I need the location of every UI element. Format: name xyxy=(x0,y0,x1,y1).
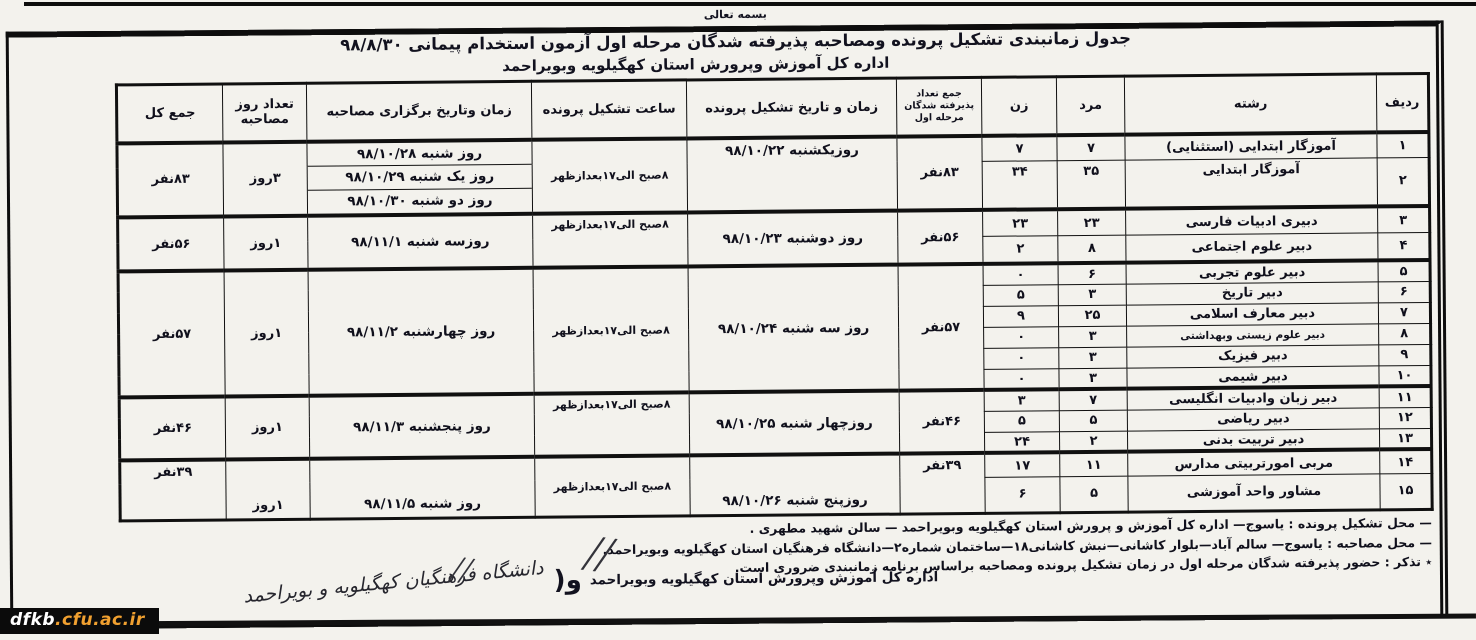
signature-stroke-icon: ╱╱ xyxy=(448,557,470,584)
cell-reshteh: مربی امورتربیتی مدارس xyxy=(1128,450,1380,476)
cell-reshteh: دبیر زبان وادبیات انگلیسی xyxy=(1127,387,1379,410)
cell-reshteh: دبیر ریاضی xyxy=(1127,408,1379,431)
cell-mard: ۲۵ xyxy=(1058,305,1126,327)
cell-zan: ۰ xyxy=(984,347,1059,369)
cell-zan: ۳۴ xyxy=(982,160,1057,210)
cell-interview-days: ۱روز xyxy=(225,396,310,460)
document-content: بسمه تعالی جدول زمانبندی تشکیل پرونده وم… xyxy=(0,0,1476,640)
col-header-interview-date: زمان وتاریخ برگزاری مصاحبه xyxy=(306,81,531,141)
col-header-grand-total: جمع کل xyxy=(116,84,223,143)
cell-total: ۵۶نفر xyxy=(898,210,983,265)
cell-radif: ۳ xyxy=(1378,206,1430,232)
cell-radif: ۱۵ xyxy=(1380,473,1432,509)
cell-mard: ۳ xyxy=(1059,368,1127,390)
cell-file-hours: ۸صبح الی۱۷بعدازظهر xyxy=(533,267,689,394)
cell-zan: ۳ xyxy=(984,389,1059,411)
cell-mard: ۵ xyxy=(1060,476,1128,513)
cell-interview-days: ۱روز xyxy=(226,459,311,520)
watermark-primary: dfkb xyxy=(10,610,55,630)
cell-file-date: روزیکشنبه ۹۸/۱۰/۲۲ xyxy=(687,136,898,213)
col-header-mard: مرد xyxy=(1056,76,1125,135)
cell-interview-days: ۳روز xyxy=(223,141,308,217)
cell-mard: ۱۱ xyxy=(1060,452,1128,477)
signature-stroke-icon: ╱╱ xyxy=(582,536,610,574)
cell-reshteh: دبیر فیزیک xyxy=(1127,345,1379,368)
signature-mark: و( xyxy=(554,570,582,590)
cell-interview-dates: روز پنجشنبه ۹۸/۱۱/۳ xyxy=(309,394,535,459)
cell-radif: ۷ xyxy=(1378,302,1430,323)
cell-mard: ۸ xyxy=(1058,235,1126,264)
cell-reshteh: دبیر شیمی xyxy=(1127,366,1379,389)
cell-zan: ۲۴ xyxy=(984,431,1059,453)
cell-file-date: روزچهار شنبه ۹۸/۱۰/۲۵ xyxy=(689,391,900,456)
interview-date: روز دو شنبه ۹۸/۱۰/۳۰ xyxy=(308,188,532,214)
cell-reshteh: آموزگار ابتدایی xyxy=(1125,158,1377,209)
cell-radif: ۶ xyxy=(1378,281,1430,302)
cell-zan: ۲۳ xyxy=(983,209,1058,236)
cell-interview-dates: روزسه شنبه ۹۸/۱۱/۱ xyxy=(308,214,533,270)
scanned-document-page: بسمه تعالی جدول زمانبندی تشکیل پرونده وم… xyxy=(0,0,1476,640)
cell-file-hours: ۸صبح الی۱۷بعدازظهر xyxy=(535,456,691,517)
cell-reshteh: مشاور واحد آموزشی xyxy=(1128,474,1380,512)
cell-mard: ۵ xyxy=(1059,410,1127,432)
cell-mard: ۲ xyxy=(1059,431,1127,453)
cell-file-hours: ۸صبح الی۱۷بعدازظهر xyxy=(533,213,688,268)
cell-radif: ۱۴ xyxy=(1380,449,1432,473)
organization-name: اداره کل آموزش وپرورش استان کهگیلویه وبو… xyxy=(590,569,939,588)
cell-mard: ۳ xyxy=(1059,347,1127,369)
cell-zan: ۵ xyxy=(984,410,1059,432)
cell-interview-dates: روز شنبه ۹۸/۱۱/۵ xyxy=(310,457,536,519)
cell-total: ۳۹نفر xyxy=(900,453,986,514)
cell-total: ۸۳نفر xyxy=(897,135,983,211)
interview-date: روز شنبه ۹۸/۱۰/۲۸ xyxy=(307,141,531,167)
cell-reshteh: دبیری ادبیات فارسی xyxy=(1126,207,1378,235)
cell-grand-total: ۸۳نفر xyxy=(117,142,224,218)
cell-radif: ۲ xyxy=(1377,157,1429,207)
cell-mard: ۳ xyxy=(1059,326,1127,348)
cell-reshteh: آموزگار ابتدایی (استثنایی) xyxy=(1125,132,1377,160)
cell-mard: ۷ xyxy=(1057,134,1125,160)
cell-mard: ۲۳ xyxy=(1058,209,1126,236)
cell-reshteh: دبیر معارف اسلامی xyxy=(1126,303,1378,326)
cell-grand-total: ۵۷نفر xyxy=(118,271,225,398)
cell-zan: ۰ xyxy=(983,263,1058,285)
cell-reshteh: دبیر تاریخ xyxy=(1126,282,1378,305)
watermark-secondary: .cfu.ac.ir xyxy=(55,610,145,630)
cell-zan: ۱۷ xyxy=(985,452,1060,477)
cell-zan: ۵ xyxy=(983,284,1058,306)
cell-interview-dates: روز چهارشنبه ۹۸/۱۱/۲ xyxy=(308,268,534,396)
cell-interview-days: ۱روز xyxy=(224,270,309,397)
col-header-file-hours: ساعت تشکیل پرونده xyxy=(531,80,687,139)
cell-radif: ۵ xyxy=(1378,260,1430,281)
col-header-total-accepted: جمع تعداد پذیرفته شدگان مرحله اول xyxy=(896,77,982,136)
col-header-radif: ردیف xyxy=(1376,73,1429,131)
cell-interview-dates: روز شنبه ۹۸/۱۰/۲۸ روز یک شنبه ۹۸/۱۰/۲۹ ر… xyxy=(307,139,533,216)
cell-radif: ۱۳ xyxy=(1379,428,1431,449)
interview-schedule-table: ردیف رشته مرد زن جمع تعداد پذیرفته شدگان… xyxy=(115,72,1434,522)
cell-file-date: روز سه شنبه ۹۸/۱۰/۲۴ xyxy=(688,265,899,393)
cell-zan: ۹ xyxy=(983,305,1058,327)
cell-reshteh: دبیر علوم زیستی وبهداشتی xyxy=(1127,324,1379,347)
bismillah-text: بسمه تعالی xyxy=(0,2,1473,28)
cell-total: ۴۶نفر xyxy=(899,390,985,454)
cell-radif: ۱ xyxy=(1377,131,1429,157)
cell-zan: ۶ xyxy=(985,476,1060,513)
cell-total: ۵۷نفر xyxy=(898,264,984,391)
cell-file-date: روزپنج شنبه ۹۸/۱۰/۲۶ xyxy=(690,454,901,516)
col-header-interview-days: تعداد روز مصاحبه xyxy=(222,83,307,142)
cell-mard: ۷ xyxy=(1059,389,1127,411)
cell-grand-total: ۳۹نفر xyxy=(120,460,227,521)
cell-reshteh: دبیر علوم اجتماعی xyxy=(1126,233,1378,263)
cell-radif: ۸ xyxy=(1379,323,1431,344)
interview-date: روز یک شنبه ۹۸/۱۰/۲۹ xyxy=(308,165,532,191)
cell-mard: ۳۵ xyxy=(1057,160,1125,210)
cell-interview-days: ۱روز xyxy=(224,216,308,271)
cell-reshteh: دبیر تربیت بدنی xyxy=(1127,429,1379,452)
cell-radif: ۱۰ xyxy=(1379,365,1431,386)
cell-zan: ۰ xyxy=(984,368,1059,390)
cell-mard: ۳ xyxy=(1058,284,1126,306)
cell-radif: ۱۲ xyxy=(1379,407,1431,428)
cell-radif: ۹ xyxy=(1379,344,1431,365)
cell-radif: ۴ xyxy=(1378,232,1430,260)
cell-radif: ۱۱ xyxy=(1379,386,1431,407)
cell-zan: ۰ xyxy=(984,326,1059,348)
cell-file-hours: ۸صبح الی۱۷بعدازظهر xyxy=(534,393,690,457)
cell-zan: ۲ xyxy=(983,235,1058,264)
site-watermark: dfkb.cfu.ac.ir xyxy=(0,608,159,634)
cell-zan: ۷ xyxy=(982,135,1057,161)
cell-grand-total: ۴۶نفر xyxy=(119,397,226,461)
cell-mard: ۶ xyxy=(1058,263,1126,285)
col-header-reshteh: رشته xyxy=(1124,74,1376,134)
cell-file-date: روز دوشنبه ۹۸/۱۰/۲۳ xyxy=(688,211,898,267)
col-header-zan: زن xyxy=(981,77,1057,136)
col-header-file-date: زمان و تاریخ تشکیل پرونده xyxy=(686,78,896,138)
cell-grand-total: ۵۶نفر xyxy=(118,217,224,272)
cell-reshteh: دبیر علوم تجربی xyxy=(1126,261,1378,284)
cell-file-hours: ۸صبح الی۱۷بعدازظهر xyxy=(532,138,688,214)
